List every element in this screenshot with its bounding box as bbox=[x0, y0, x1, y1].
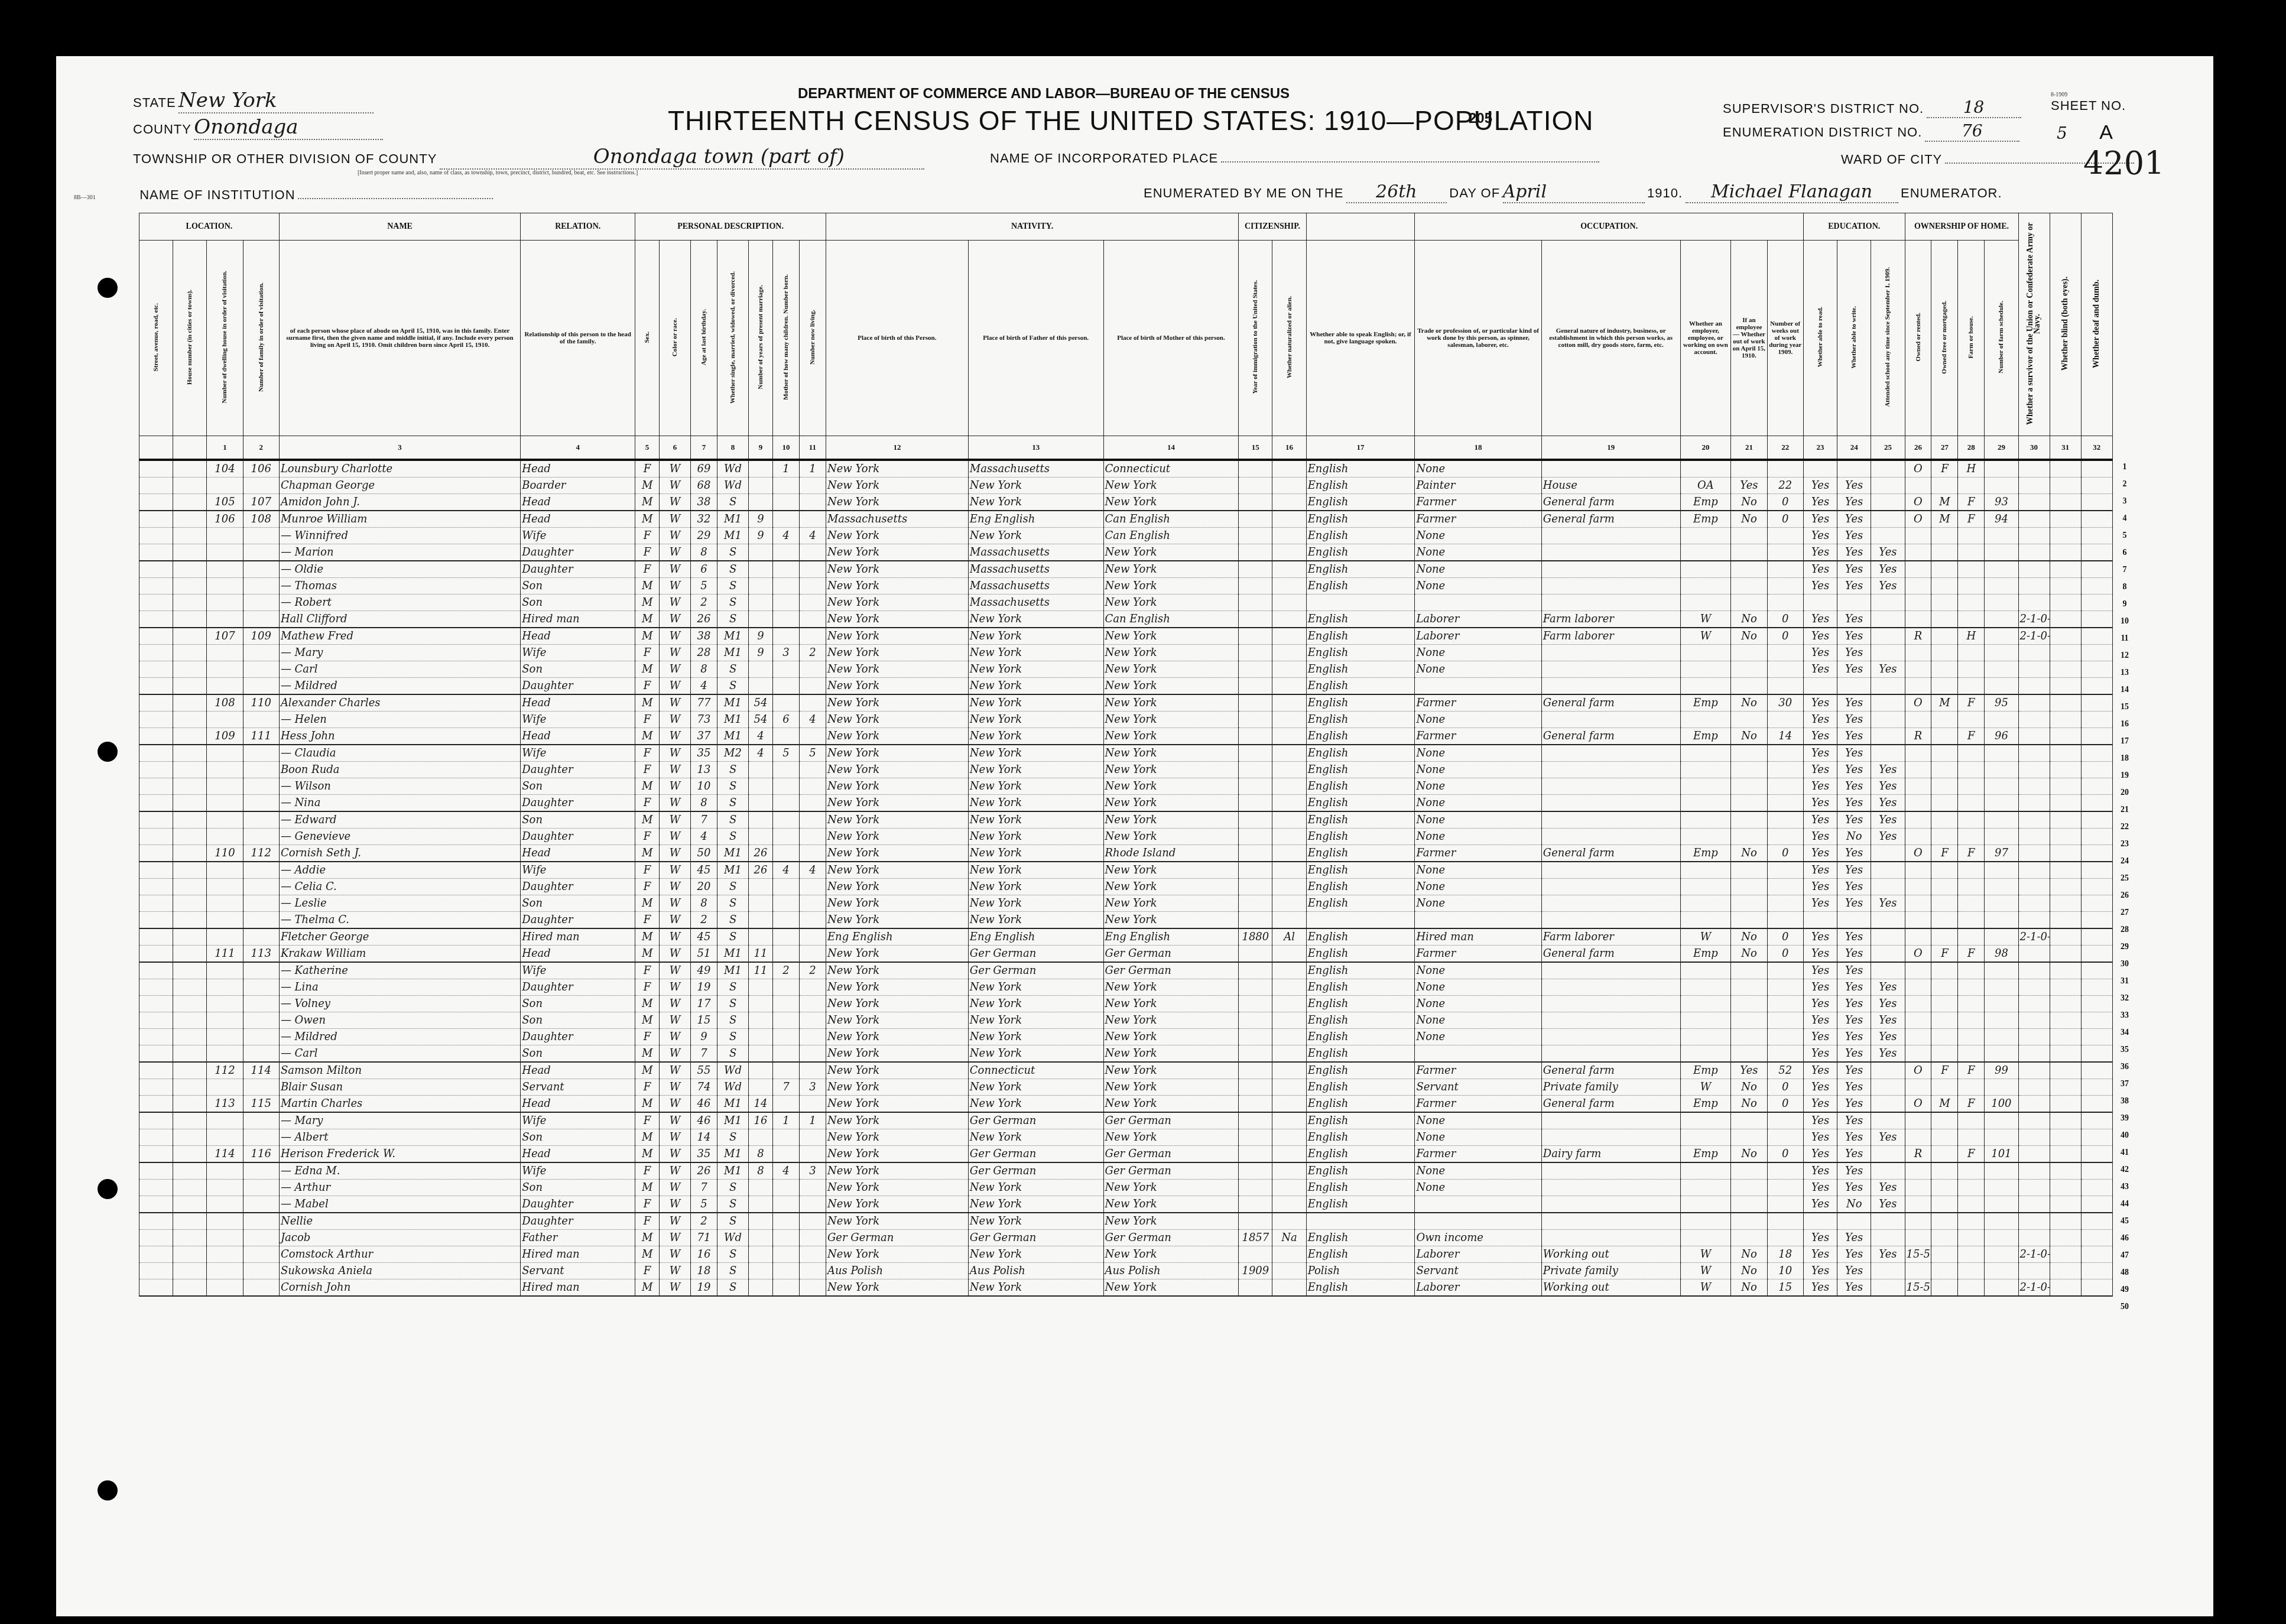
cell-sex: F bbox=[635, 460, 660, 478]
cell-out-work bbox=[1731, 862, 1767, 879]
cell-read: Yes bbox=[1803, 1246, 1837, 1263]
cell-industry bbox=[1541, 795, 1680, 812]
cell-age: 37 bbox=[691, 728, 717, 745]
cell-years-married: 4 bbox=[749, 728, 773, 745]
cell-born: 3 bbox=[772, 645, 799, 661]
cell-living bbox=[799, 1213, 826, 1230]
cell-years-married bbox=[749, 1213, 773, 1230]
cell-dwelling: 108 bbox=[207, 694, 243, 712]
cell-years-married: 9 bbox=[749, 511, 773, 528]
cell-relation: Daughter bbox=[521, 762, 635, 778]
cell-dwelling bbox=[207, 1029, 243, 1045]
cell-family bbox=[243, 1129, 279, 1146]
cell-survivor bbox=[2018, 460, 2050, 478]
cell-relation: Wife bbox=[521, 862, 635, 879]
cell-years-married bbox=[749, 829, 773, 845]
cell-school bbox=[1871, 1079, 1905, 1096]
cell-weeks-out bbox=[1767, 745, 1803, 762]
table-row: NellieDaughterFW2SNew YorkNew YorkNew Yo… bbox=[139, 1213, 2113, 1230]
cell-weeks-out bbox=[1767, 895, 1803, 912]
cell-write: Yes bbox=[1837, 1062, 1871, 1079]
cell-survivor bbox=[2018, 745, 2050, 762]
cell-father-birth: New York bbox=[968, 895, 1103, 912]
cell-years-married bbox=[749, 578, 773, 595]
cell-sex: F bbox=[635, 1029, 660, 1045]
cell-weeks-out: 0 bbox=[1767, 511, 1803, 528]
cell-race: W bbox=[660, 745, 691, 762]
cell-name: — Thelma C. bbox=[279, 912, 520, 929]
cell-immig bbox=[1239, 1012, 1272, 1029]
cell-birth: New York bbox=[826, 661, 968, 678]
cell-name: — Thomas bbox=[279, 578, 520, 595]
cell-weeks-out: 0 bbox=[1767, 946, 1803, 963]
cell-industry bbox=[1541, 811, 1680, 829]
cell-free-mort bbox=[1931, 928, 1958, 946]
cell-father-birth: New York bbox=[968, 528, 1103, 544]
cell-race: W bbox=[660, 946, 691, 963]
cell-family bbox=[243, 578, 279, 595]
cell-schedule bbox=[1985, 1180, 2018, 1196]
cell-farm-house bbox=[1958, 1196, 1985, 1213]
cell-farm-house bbox=[1958, 811, 1985, 829]
cell-deaf bbox=[2081, 544, 2112, 561]
cell-years-married bbox=[749, 928, 773, 946]
cell-house-number bbox=[173, 661, 207, 678]
cell-free-mort: M bbox=[1931, 511, 1958, 528]
cell-born bbox=[772, 762, 799, 778]
cell-emp: Emp bbox=[1680, 728, 1731, 745]
cell-house-number bbox=[173, 1246, 207, 1263]
cell-blind bbox=[2050, 1062, 2081, 1079]
header-school: Attended school any time since September… bbox=[1871, 241, 1905, 436]
cell-out-work bbox=[1731, 879, 1767, 895]
cell-mother-birth: New York bbox=[1103, 1029, 1239, 1045]
cell-birth: New York bbox=[826, 1213, 968, 1230]
cell-sex: M bbox=[635, 578, 660, 595]
cell-father-birth: Eng English bbox=[968, 928, 1103, 946]
cell-dwelling: 105 bbox=[207, 494, 243, 511]
cell-read: Yes bbox=[1803, 1012, 1837, 1029]
cell-age: 50 bbox=[691, 845, 717, 862]
cell-trade: Farmer bbox=[1415, 845, 1541, 862]
cell-free-mort bbox=[1931, 1213, 1958, 1230]
cell-emp bbox=[1680, 1029, 1731, 1045]
cell-schedule: 95 bbox=[1985, 694, 2018, 712]
line-number: 11 bbox=[2116, 634, 2134, 644]
cell-house-number bbox=[173, 1012, 207, 1029]
cell-sex: M bbox=[635, 661, 660, 678]
cell-sex: M bbox=[635, 628, 660, 645]
cell-marital: S bbox=[717, 661, 749, 678]
cell-marital: M1 bbox=[717, 645, 749, 661]
cell-deaf bbox=[2081, 1279, 2112, 1297]
cell-emp: W bbox=[1680, 628, 1731, 645]
cell-farm-house bbox=[1958, 1180, 1985, 1196]
cell-family bbox=[243, 1079, 279, 1096]
group-ownership: OWNERSHIP OF HOME. bbox=[1905, 213, 2018, 241]
cell-marital: S bbox=[717, 829, 749, 845]
cell-farm-house bbox=[1958, 962, 1985, 979]
cell-father-birth: New York bbox=[968, 645, 1103, 661]
cell-living bbox=[799, 1180, 826, 1196]
cell-name: — Arthur bbox=[279, 1180, 520, 1196]
cell-age: 2 bbox=[691, 595, 717, 611]
cell-name: Herison Frederick W. bbox=[279, 1146, 520, 1163]
cell-street bbox=[139, 712, 173, 728]
cell-family bbox=[243, 1029, 279, 1045]
cell-free-mort bbox=[1931, 829, 1958, 845]
line-number: 7 bbox=[2116, 566, 2134, 575]
cell-immig bbox=[1239, 778, 1272, 795]
cell-blind bbox=[2050, 879, 2081, 895]
cell-sex: M bbox=[635, 728, 660, 745]
cell-race: W bbox=[660, 511, 691, 528]
cell-race: W bbox=[660, 1196, 691, 1213]
cell-race: W bbox=[660, 1246, 691, 1263]
table-row: — EdwardSonMW7SNew YorkNew YorkNew YorkE… bbox=[139, 811, 2113, 829]
cell-survivor bbox=[2018, 694, 2050, 712]
group-education: EDUCATION. bbox=[1803, 213, 1905, 241]
cell-weeks-out bbox=[1767, 528, 1803, 544]
cell-name: — Volney bbox=[279, 996, 520, 1012]
cell-house-number bbox=[173, 795, 207, 812]
cell-deaf bbox=[2081, 1112, 2112, 1129]
table-row: 112114Samson MiltonHeadMW55WdNew YorkCon… bbox=[139, 1062, 2113, 1079]
cell-house-number bbox=[173, 845, 207, 862]
cell-schedule bbox=[1985, 478, 2018, 494]
cell-street bbox=[139, 912, 173, 929]
cell-immig bbox=[1239, 829, 1272, 845]
cell-born bbox=[772, 628, 799, 645]
cell-survivor bbox=[2018, 1162, 2050, 1180]
cell-father-birth: New York bbox=[968, 1180, 1103, 1196]
cell-trade: None bbox=[1415, 879, 1541, 895]
cell-emp: W bbox=[1680, 1263, 1731, 1279]
table-row: — LinaDaughterFW19SNew YorkNew YorkNew Y… bbox=[139, 979, 2113, 996]
cell-family bbox=[243, 1279, 279, 1297]
cell-natz bbox=[1272, 962, 1306, 979]
cell-out-work: No bbox=[1731, 694, 1767, 712]
cell-mother-birth: New York bbox=[1103, 1213, 1239, 1230]
cell-sex: F bbox=[635, 1213, 660, 1230]
cell-dwelling bbox=[207, 611, 243, 628]
cell-living bbox=[799, 762, 826, 778]
cell-birth: New York bbox=[826, 946, 968, 963]
cell-own-rent bbox=[1905, 879, 1931, 895]
cell-race: W bbox=[660, 912, 691, 929]
cell-free-mort bbox=[1931, 778, 1958, 795]
cell-trade: Farmer bbox=[1415, 494, 1541, 511]
cell-farm-house bbox=[1958, 979, 1985, 996]
cell-name: Amidon John J. bbox=[279, 494, 520, 511]
cell-race: W bbox=[660, 528, 691, 544]
cell-marital: Wd bbox=[717, 478, 749, 494]
col-num: 2 bbox=[243, 436, 279, 460]
cell-school bbox=[1871, 1062, 1905, 1079]
cell-industry bbox=[1541, 862, 1680, 879]
cell-deaf bbox=[2081, 879, 2112, 895]
cell-industry bbox=[1541, 1180, 1680, 1196]
group-occupation: OCCUPATION. bbox=[1415, 213, 1804, 241]
cell-weeks-out bbox=[1767, 1029, 1803, 1045]
cell-father-birth: New York bbox=[968, 1129, 1103, 1146]
cell-language: English bbox=[1306, 694, 1415, 712]
cell-dwelling bbox=[207, 678, 243, 695]
cell-house-number bbox=[173, 1129, 207, 1146]
header-survivor: Whether a survivor of the Union or Confe… bbox=[2018, 213, 2050, 436]
cell-sex: M bbox=[635, 478, 660, 494]
cell-house-number bbox=[173, 611, 207, 628]
cell-birth: New York bbox=[826, 1129, 968, 1146]
cell-living bbox=[799, 694, 826, 712]
col-num: 28 bbox=[1958, 436, 1985, 460]
cell-living bbox=[799, 728, 826, 745]
cell-mother-birth: New York bbox=[1103, 561, 1239, 578]
cell-write: Yes bbox=[1837, 1180, 1871, 1196]
cell-age: 38 bbox=[691, 628, 717, 645]
cell-name: — Nina bbox=[279, 795, 520, 812]
cell-name: — Marion bbox=[279, 544, 520, 561]
cell-born bbox=[772, 1180, 799, 1196]
cell-deaf bbox=[2081, 1096, 2112, 1113]
cell-schedule bbox=[1985, 962, 2018, 979]
cell-house-number bbox=[173, 1029, 207, 1045]
cell-street bbox=[139, 1062, 173, 1079]
cell-natz bbox=[1272, 1196, 1306, 1213]
cell-free-mort bbox=[1931, 712, 1958, 728]
cell-street bbox=[139, 1230, 173, 1246]
cell-emp: Emp bbox=[1680, 946, 1731, 963]
cell-blind bbox=[2050, 829, 2081, 845]
cell-years-married bbox=[749, 661, 773, 678]
cell-schedule bbox=[1985, 611, 2018, 628]
cell-emp: W bbox=[1680, 1246, 1731, 1263]
cell-mother-birth: New York bbox=[1103, 712, 1239, 728]
cell-relation: Daughter bbox=[521, 829, 635, 845]
cell-weeks-out bbox=[1767, 712, 1803, 728]
cell-name: — Celia C. bbox=[279, 879, 520, 895]
cell-living bbox=[799, 1096, 826, 1113]
cell-street bbox=[139, 862, 173, 879]
cell-read: Yes bbox=[1803, 962, 1837, 979]
cell-mother-birth: New York bbox=[1103, 778, 1239, 795]
cell-weeks-out bbox=[1767, 1213, 1803, 1230]
cell-relation: Boarder bbox=[521, 478, 635, 494]
cell-survivor bbox=[2018, 1180, 2050, 1196]
cell-years-married bbox=[749, 1230, 773, 1246]
cell-industry: House bbox=[1541, 478, 1680, 494]
cell-father-birth: New York bbox=[968, 1213, 1103, 1230]
cell-name: — Genevieve bbox=[279, 829, 520, 845]
cell-birth: New York bbox=[826, 1146, 968, 1163]
cell-deaf bbox=[2081, 678, 2112, 695]
cell-years-married bbox=[749, 1263, 773, 1279]
ward-label: WARD OF CITY bbox=[1841, 152, 1942, 167]
cell-sex: F bbox=[635, 762, 660, 778]
header-age: Age at last birthday. bbox=[691, 241, 717, 436]
cell-dwelling bbox=[207, 762, 243, 778]
cell-industry: General farm bbox=[1541, 494, 1680, 511]
cell-house-number bbox=[173, 678, 207, 695]
cell-deaf bbox=[2081, 1263, 2112, 1279]
cell-school bbox=[1871, 946, 1905, 963]
cell-years-married: 8 bbox=[749, 1146, 773, 1163]
cell-write: Yes bbox=[1837, 645, 1871, 661]
cell-age: 17 bbox=[691, 996, 717, 1012]
cell-relation: Daughter bbox=[521, 879, 635, 895]
cell-out-work bbox=[1731, 996, 1767, 1012]
cell-farm-house: F bbox=[1958, 845, 1985, 862]
cell-immig bbox=[1239, 528, 1272, 544]
cell-living bbox=[799, 1129, 826, 1146]
cell-natz bbox=[1272, 1162, 1306, 1180]
cell-sex: F bbox=[635, 795, 660, 812]
cell-language: English bbox=[1306, 611, 1415, 628]
cell-sex: F bbox=[635, 879, 660, 895]
cell-deaf bbox=[2081, 528, 2112, 544]
col-num: 24 bbox=[1837, 436, 1871, 460]
cell-race: W bbox=[660, 1230, 691, 1246]
cell-emp bbox=[1680, 996, 1731, 1012]
cell-natz bbox=[1272, 578, 1306, 595]
line-number: 6 bbox=[2116, 548, 2134, 558]
cell-relation: Servant bbox=[521, 1263, 635, 1279]
table-row: Cornish JohnHired manMW19SNew YorkNew Yo… bbox=[139, 1279, 2113, 1297]
cell-father-birth: New York bbox=[968, 628, 1103, 645]
cell-family bbox=[243, 1045, 279, 1063]
cell-race: W bbox=[660, 928, 691, 946]
township-label: TOWNSHIP OR OTHER DIVISION OF COUNTY bbox=[133, 151, 437, 166]
cell-family bbox=[243, 745, 279, 762]
cell-survivor bbox=[2018, 795, 2050, 812]
cell-father-birth: New York bbox=[968, 1246, 1103, 1263]
header-years-married: Number of years of present marriage. bbox=[749, 241, 773, 436]
table-row: — WinnifredWifeFW29M1944New YorkNew York… bbox=[139, 528, 2113, 544]
cell-street bbox=[139, 1213, 173, 1230]
cell-read: Yes bbox=[1803, 745, 1837, 762]
cell-out-work: No bbox=[1731, 1146, 1767, 1163]
cell-farm-house bbox=[1958, 578, 1985, 595]
cell-free-mort bbox=[1931, 678, 1958, 695]
line-number: 41 bbox=[2116, 1148, 2134, 1158]
header-weeks-out: Number of weeks out of work during year … bbox=[1767, 241, 1803, 436]
header-industry: General nature of industry, business, or… bbox=[1541, 241, 1680, 436]
cell-blind bbox=[2050, 494, 2081, 511]
cell-natz bbox=[1272, 778, 1306, 795]
cell-family: 109 bbox=[243, 628, 279, 645]
cell-industry bbox=[1541, 912, 1680, 929]
cell-birth: New York bbox=[826, 979, 968, 996]
cell-name: — Oldie bbox=[279, 561, 520, 578]
cell-own-rent bbox=[1905, 611, 1931, 628]
cell-street bbox=[139, 1079, 173, 1096]
cell-out-work: No bbox=[1731, 1279, 1767, 1297]
cell-weeks-out bbox=[1767, 561, 1803, 578]
group-personal: PERSONAL DESCRIPTION. bbox=[635, 213, 826, 241]
table-row: JacobFatherMW71WdGer GermanGer GermanGer… bbox=[139, 1230, 2113, 1246]
cell-house-number bbox=[173, 979, 207, 996]
cell-out-work bbox=[1731, 778, 1767, 795]
cell-weeks-out bbox=[1767, 962, 1803, 979]
cell-blind bbox=[2050, 611, 2081, 628]
cell-race: W bbox=[660, 1096, 691, 1113]
cell-industry: General farm bbox=[1541, 845, 1680, 862]
cell-house-number bbox=[173, 728, 207, 745]
cell-blind bbox=[2050, 946, 2081, 963]
cell-schedule: 99 bbox=[1985, 1062, 2018, 1079]
col-num: 16 bbox=[1272, 436, 1306, 460]
county-value: Onondaga bbox=[194, 115, 383, 140]
cell-language: English bbox=[1306, 946, 1415, 963]
cell-dwelling: 104 bbox=[207, 460, 243, 478]
group-location: LOCATION. bbox=[139, 213, 280, 241]
cell-trade: Painter bbox=[1415, 478, 1541, 494]
sheet-field: 8-1909 SHEET NO. bbox=[2051, 92, 2126, 113]
cell-free-mort bbox=[1931, 1029, 1958, 1045]
cell-emp: W bbox=[1680, 1279, 1731, 1297]
cell-industry bbox=[1541, 578, 1680, 595]
cell-own-rent: O bbox=[1905, 845, 1931, 862]
cell-birth: New York bbox=[826, 778, 968, 795]
cell-living bbox=[799, 1196, 826, 1213]
cell-relation: Wife bbox=[521, 528, 635, 544]
cell-marital: S bbox=[717, 1279, 749, 1297]
cell-street bbox=[139, 578, 173, 595]
cell-years-married bbox=[749, 1279, 773, 1297]
cell-street bbox=[139, 544, 173, 561]
cell-deaf bbox=[2081, 511, 2112, 528]
cell-dwelling bbox=[207, 1180, 243, 1196]
cell-deaf bbox=[2081, 962, 2112, 979]
cell-farm-house bbox=[1958, 1112, 1985, 1129]
cell-living bbox=[799, 996, 826, 1012]
cell-immig bbox=[1239, 795, 1272, 812]
cell-deaf bbox=[2081, 928, 2112, 946]
cell-birth: New York bbox=[826, 996, 968, 1012]
line-number: 31 bbox=[2116, 977, 2134, 986]
cell-schedule: 94 bbox=[1985, 511, 2018, 528]
cell-natz bbox=[1272, 895, 1306, 912]
cell-born bbox=[772, 1263, 799, 1279]
cell-birth: New York bbox=[826, 829, 968, 845]
cell-blind bbox=[2050, 678, 2081, 695]
col-num: 21 bbox=[1731, 436, 1767, 460]
cell-blind bbox=[2050, 1279, 2081, 1297]
cell-father-birth: New York bbox=[968, 811, 1103, 829]
cell-birth: New York bbox=[826, 745, 968, 762]
cell-born bbox=[772, 1012, 799, 1029]
supervisor-value: 18 bbox=[1927, 98, 2021, 118]
cell-farm-house bbox=[1958, 1230, 1985, 1246]
cell-deaf bbox=[2081, 1162, 2112, 1180]
cell-years-married: 54 bbox=[749, 712, 773, 728]
cell-schedule bbox=[1985, 1213, 2018, 1230]
cell-years-married bbox=[749, 561, 773, 578]
cell-age: 8 bbox=[691, 661, 717, 678]
cell-industry bbox=[1541, 678, 1680, 695]
cell-schedule bbox=[1985, 795, 2018, 812]
cell-read: Yes bbox=[1803, 1096, 1837, 1113]
cell-language: English bbox=[1306, 962, 1415, 979]
cell-read: Yes bbox=[1803, 795, 1837, 812]
cell-age: 26 bbox=[691, 1162, 717, 1180]
cell-name: Hess John bbox=[279, 728, 520, 745]
institution-label: NAME OF INSTITUTION bbox=[139, 187, 295, 202]
cell-blind bbox=[2050, 1180, 2081, 1196]
cell-industry bbox=[1541, 595, 1680, 611]
cell-farm-house: H bbox=[1958, 628, 1985, 645]
cell-read: Yes bbox=[1803, 578, 1837, 595]
